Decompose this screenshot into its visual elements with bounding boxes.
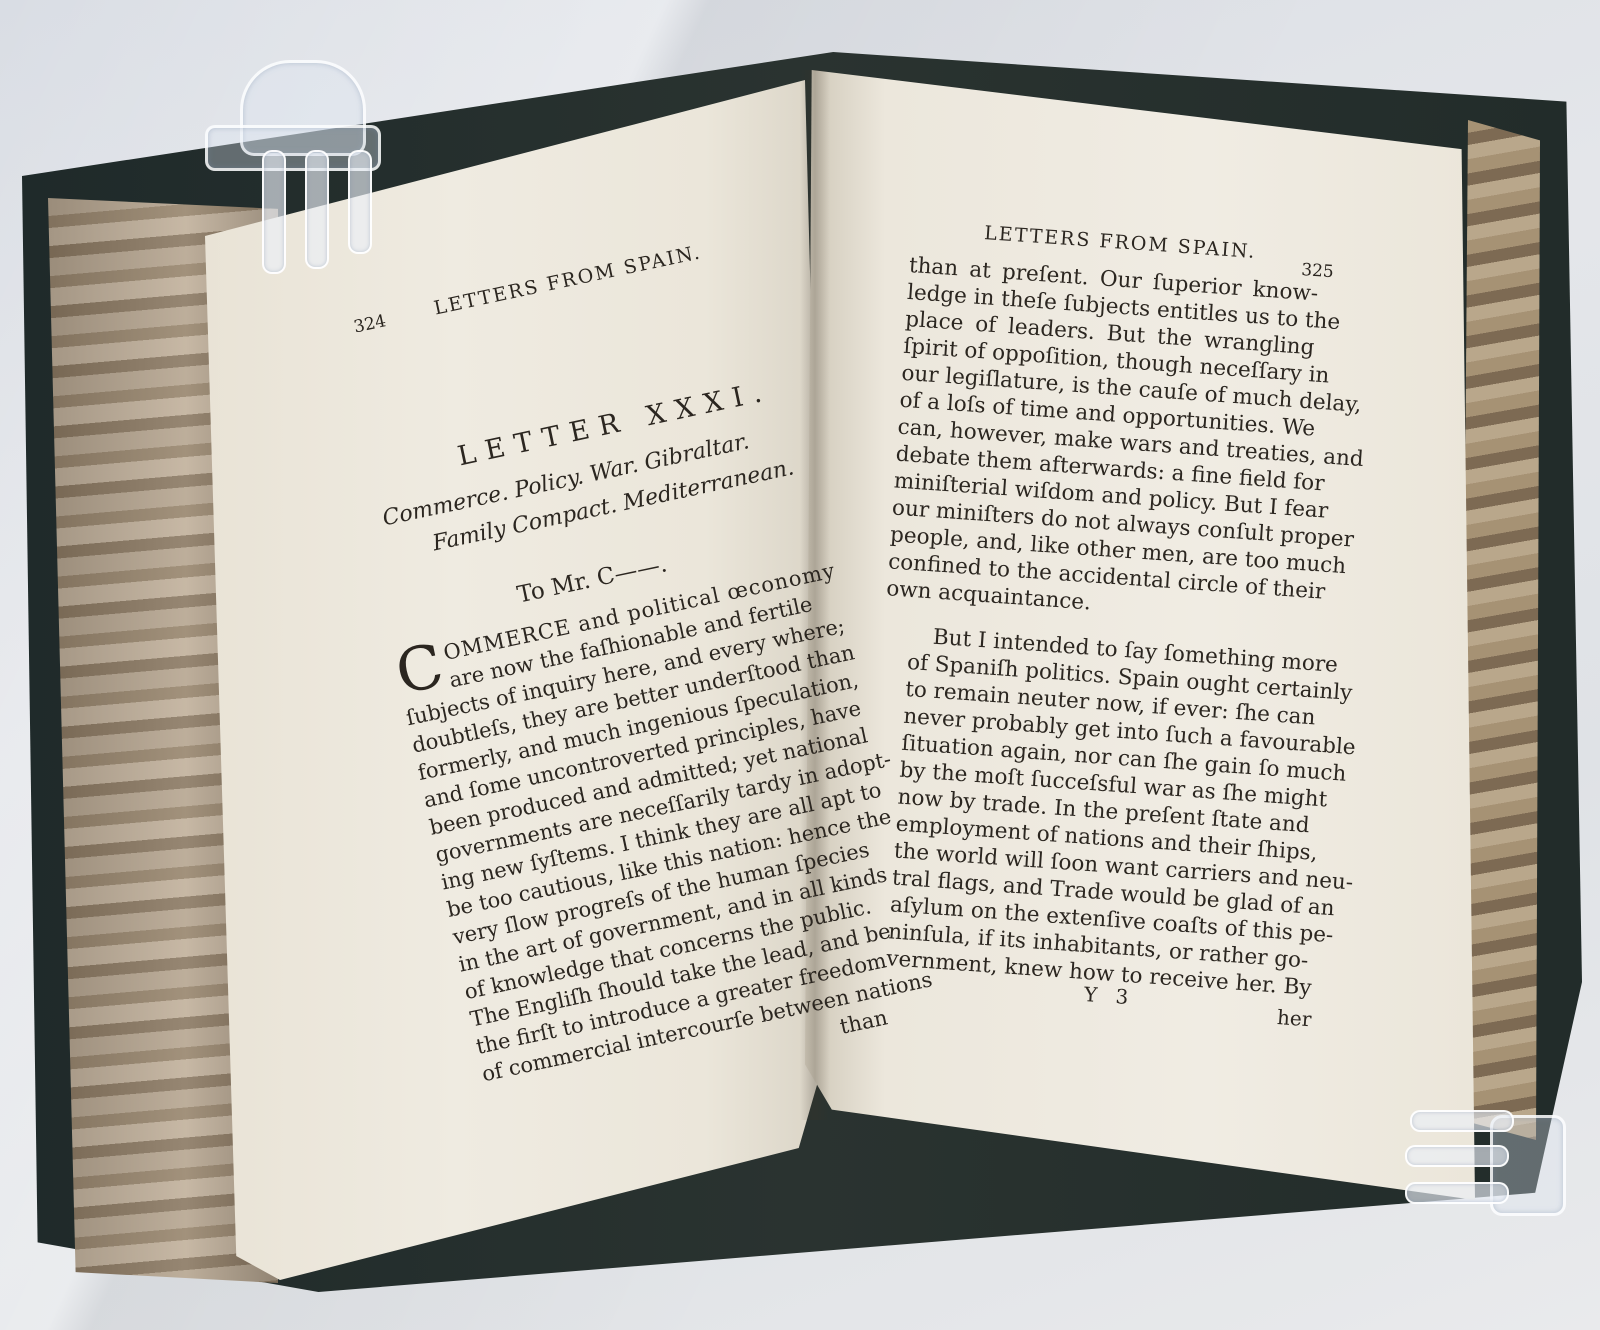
right-body-paragraph-1: than at preſent. Our ſuperior know- ledg… [886,252,1319,631]
signature-mark: Y 3 [1083,982,1135,1009]
catchword: her [1276,1005,1312,1031]
right-body-paragraph-2: But I intended to ſay ſomething more of … [886,622,1319,1001]
